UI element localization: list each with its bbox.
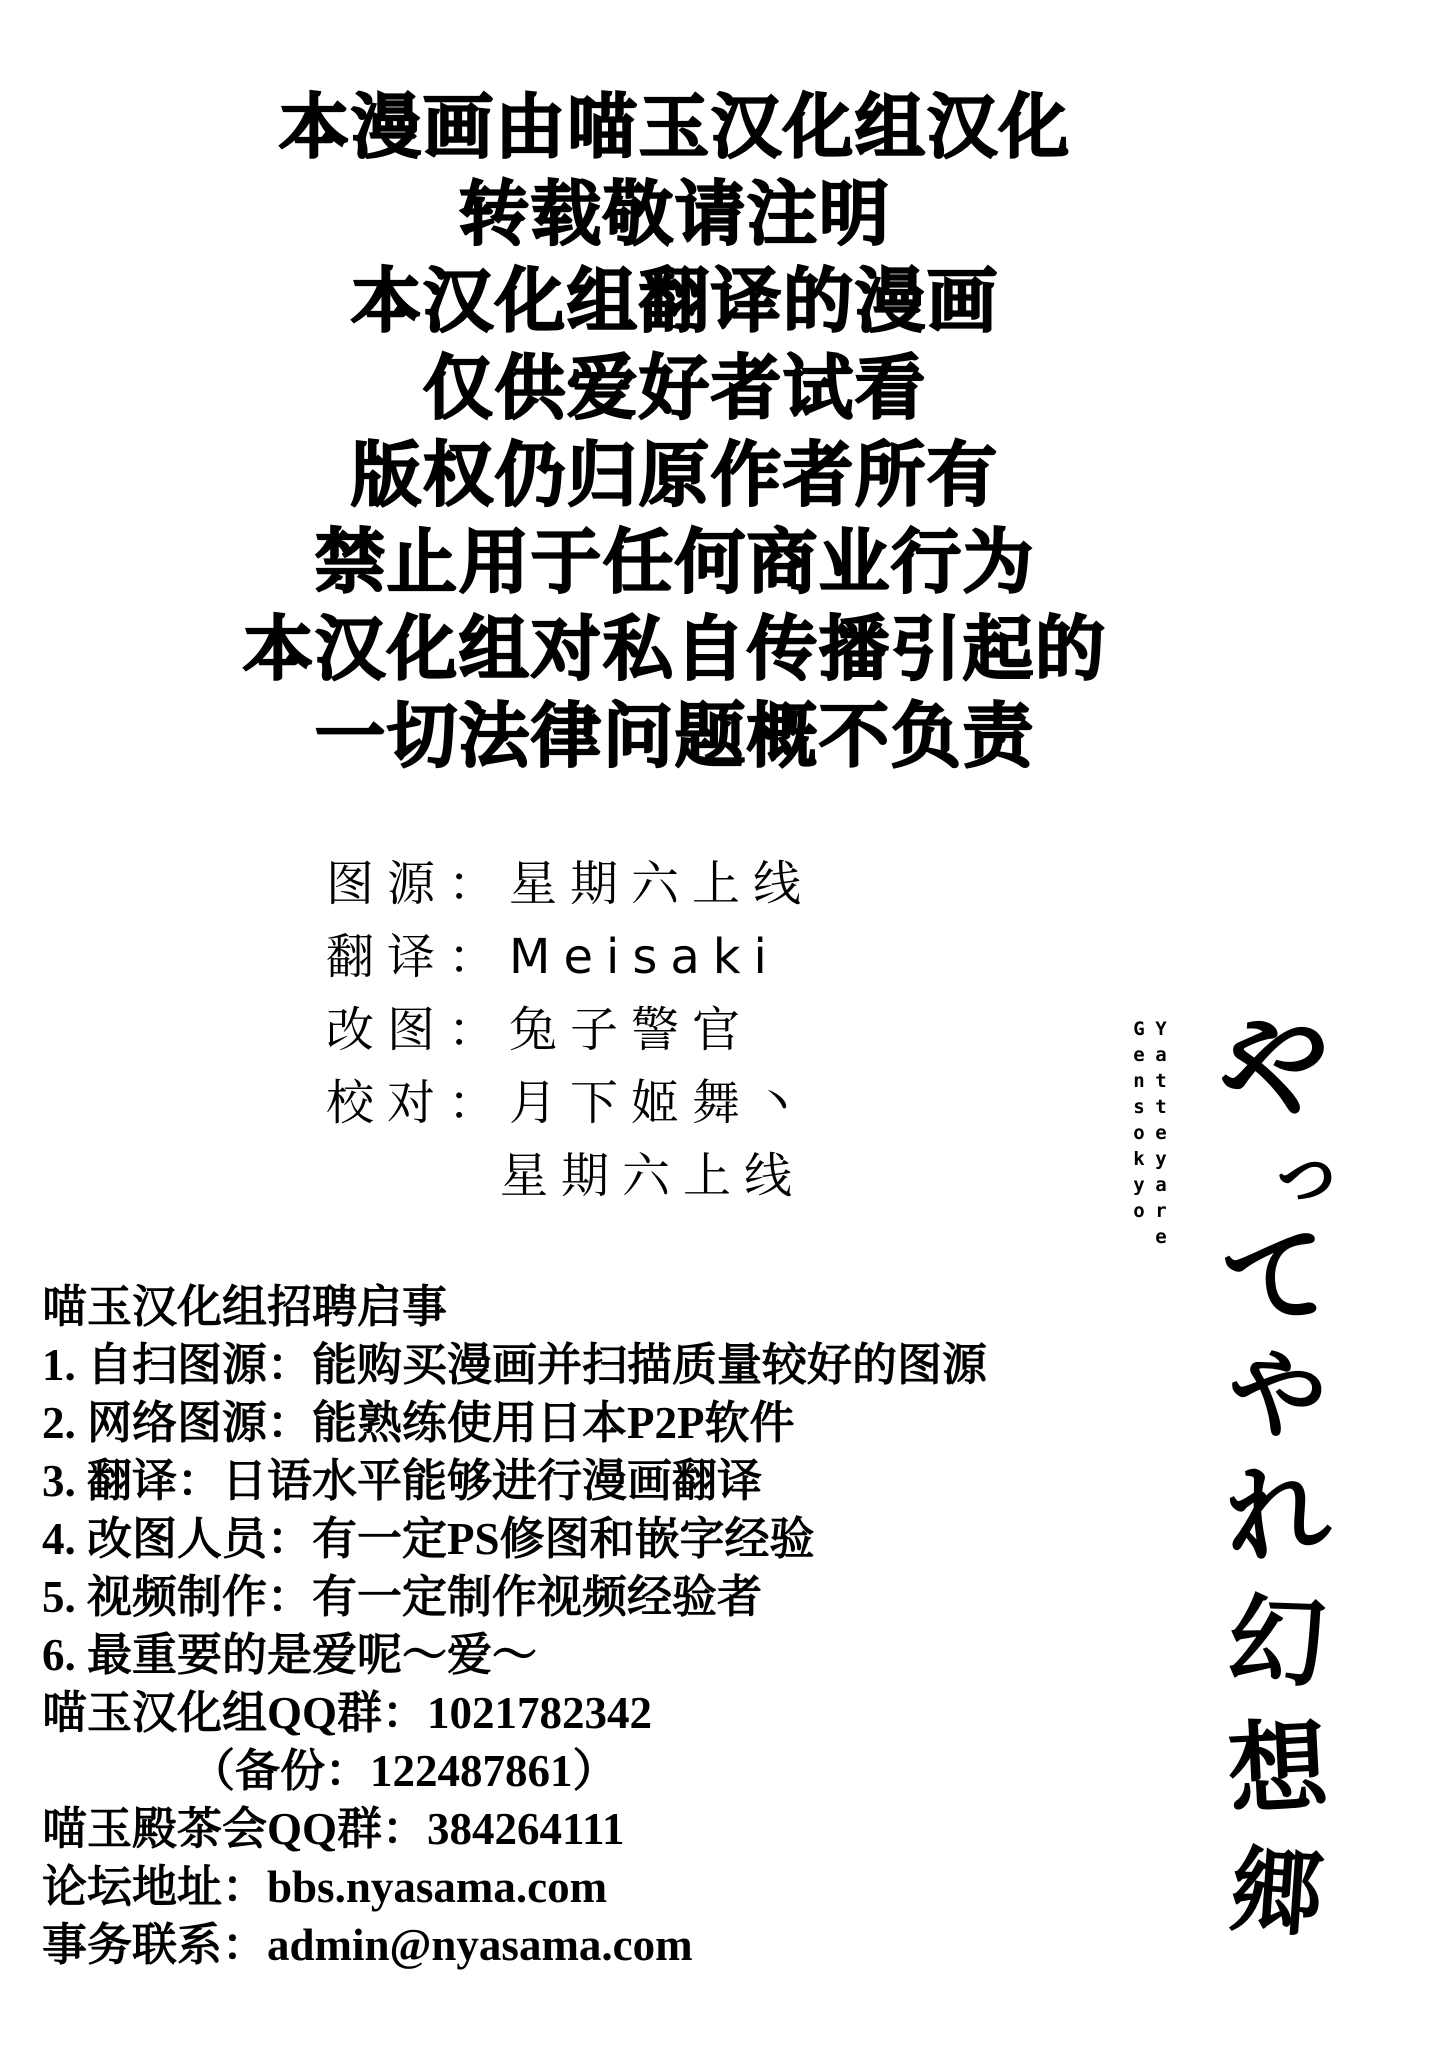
recruitment-title: 喵玉汉化组招聘启事 [42,1278,987,1336]
credit-label: 校对 [326,1075,448,1131]
disclaimer-line: 转载敬请注明 [0,171,1350,258]
credit-row-proofreader-continuation: 星期六上线 [326,1140,814,1213]
recruitment-block: 喵玉汉化组招聘启事 1. 自扫图源：能购买漫画并扫描质量较好的图源 2. 网络图… [42,1278,987,1974]
credit-value: 星期六上线 [500,1148,805,1204]
recruitment-item: 1. 自扫图源：能购买漫画并扫描质量较好的图源 [42,1336,987,1394]
recruitment-item: 4. 改图人员：有一定PS修图和嵌字经验 [42,1510,987,1568]
credit-label: 翻译 [326,929,448,985]
credit-row-translator: 翻译：Meisaki [326,921,814,994]
logo-kanji-vertical: や っ て や れ 幻 想 郷 [1190,1005,1365,1953]
credit-row-proofreader: 校对：月下姬舞丶 [326,1067,814,1140]
credit-label: 图源 [326,856,448,912]
credit-value: 星期六上线 [509,856,814,912]
recruitment-item: 6. 最重要的是爱呢～爱～ [42,1626,987,1684]
disclaimer-line: 版权仍归原作者所有 [0,432,1350,519]
credit-value: 兔子警官 [509,1002,753,1058]
disclaimer-line: 一切法律问题概不负责 [0,693,1350,780]
disclaimer-line: 本汉化组翻译的漫画 [0,258,1350,345]
credit-label: 改图 [326,1002,448,1058]
logo-char: や [1223,1334,1332,1456]
disclaimer-line: 本漫画由喵玉汉化组汉化 [0,84,1350,171]
logo-latin-vertical: Yatteyare Gensokyo [1128,1018,1172,1448]
credit-colon: ： [448,1002,509,1058]
recruitment-item: 5. 视频制作：有一定制作视频经验者 [42,1568,987,1626]
logo-char: れ [1219,1446,1336,1584]
logo-char: 幻 [1226,1577,1328,1706]
credit-colon: ： [448,929,509,985]
recruitment-item: 2. 网络图源：能熟练使用日本P2P软件 [42,1394,987,1452]
logo-char: 想 [1224,1702,1331,1835]
contact-email: 事务联系：admin@nyasama.com [42,1916,987,1974]
recruitment-item: 3. 翻译：日语水平能够进行漫画翻译 [42,1452,987,1510]
credit-value: Meisaki [509,929,780,985]
credit-row-source: 图源：星期六上线 [326,848,814,921]
disclaimer-line: 禁止用于任何商业行为 [0,519,1350,606]
contact-teahouse-group: 喵玉殿茶会QQ群：384264111 [42,1800,987,1858]
contact-forum-url: 论坛地址：bbs.nyasama.com [42,1858,987,1916]
logo-char: っ [1261,1124,1349,1222]
credit-colon: ： [448,856,509,912]
logo-char: て [1214,1213,1341,1348]
contact-qq-backup: （备份：122487861） [42,1742,987,1800]
contact-qq-group: 喵玉汉化组QQ群：1021782342 [42,1684,987,1742]
disclaimer-block: 本漫画由喵玉汉化组汉化 转载敬请注明 本汉化组翻译的漫画 仅供爱好者试看 版权仍… [0,84,1350,780]
credit-value: 月下姬舞丶 [509,1075,814,1131]
logo-char: 郷 [1226,1830,1328,1956]
credit-colon: ： [448,1075,509,1131]
disclaimer-line: 本汉化组对私自传播引起的 [0,606,1350,693]
credits-block: 图源：星期六上线 翻译：Meisaki 改图：兔子警官 校对：月下姬舞丶 星期六… [326,848,814,1213]
credit-row-editor: 改图：兔子警官 [326,994,814,1067]
disclaimer-line: 仅供爱好者试看 [0,345,1350,432]
